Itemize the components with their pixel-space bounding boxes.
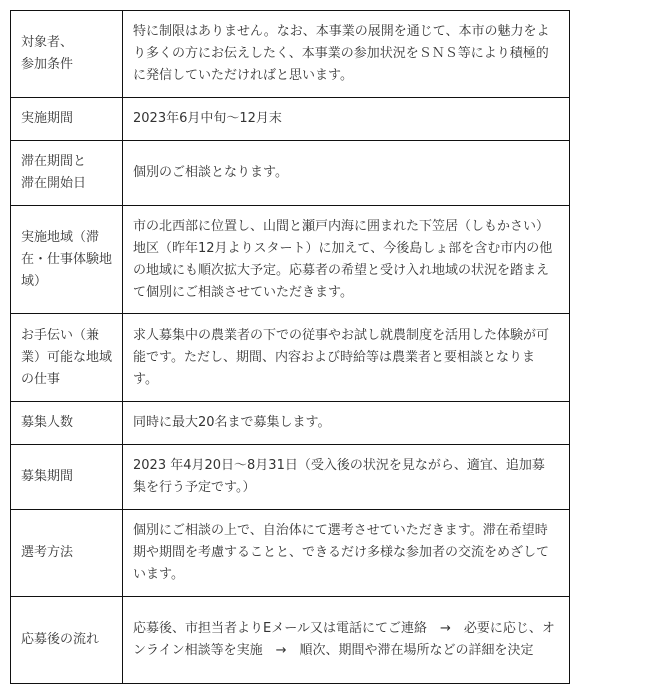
area-value: 市の北西部に位置し、山間と瀬戸内海に囲まれた下笠居（しもかさい）地区（昨年12月… bbox=[133, 216, 557, 304]
row-label: 対象者、 参加条件 bbox=[11, 11, 123, 98]
row-value: 2023年6月中旬～12月末 bbox=[123, 98, 570, 141]
period-value: 2023年6月中旬～12月末 bbox=[133, 108, 557, 130]
eligibility-label: 対象者、 参加条件 bbox=[21, 32, 114, 76]
row-value: 個別にご相談の上で、自治体にて選考させていただきます。滞在希望時期や期間を考慮す… bbox=[123, 510, 570, 597]
table-row-capacity: 募集人数 同時に最大20名まで募集します。 bbox=[11, 402, 570, 445]
selection-value: 個別にご相談の上で、自治体にて選考させていただきます。滞在希望時期や期間を考慮す… bbox=[133, 520, 557, 586]
row-value: 個別のご相談となります。 bbox=[123, 141, 570, 206]
row-label: 選考方法 bbox=[11, 510, 123, 597]
stay-period-label: 滞在期間と 滞在開始日 bbox=[21, 151, 114, 195]
row-value: 市の北西部に位置し、山間と瀬戸内海に囲まれた下笠居（しもかさい）地区（昨年12月… bbox=[123, 206, 570, 314]
application-period-label: 募集期間 bbox=[21, 466, 114, 488]
row-value: 応募後、市担当者よりEメール又は電話にてご連絡 → 必要に応じ、オンライン相談等… bbox=[123, 597, 570, 684]
table-row-application-period: 募集期間 2023 年4月20日～8月31日（受入後の状況を見ながら、適宜、追加… bbox=[11, 445, 570, 510]
table-row-selection: 選考方法 個別にご相談の上で、自治体にて選考させていただきます。滞在希望時期や期… bbox=[11, 510, 570, 597]
application-period-value: 2023 年4月20日～8月31日（受入後の状況を見ながら、適宜、追加募集を行う… bbox=[133, 455, 557, 499]
row-label: 実施期間 bbox=[11, 98, 123, 141]
row-value: 同時に最大20名まで募集します。 bbox=[123, 402, 570, 445]
table-row-side-work: お手伝い（兼業）可能な地域の仕事 求人募集中の農業者の下での従事やお試し就農制度… bbox=[11, 314, 570, 402]
program-details-table: 対象者、 参加条件 特に制限はありません。なお、本事業の展開を通じて、本市の魅力… bbox=[10, 10, 570, 684]
row-label: お手伝い（兼業）可能な地域の仕事 bbox=[11, 314, 123, 402]
side-work-label: お手伝い（兼業）可能な地域の仕事 bbox=[21, 325, 114, 391]
row-label: 滞在期間と 滞在開始日 bbox=[11, 141, 123, 206]
eligibility-value: 特に制限はありません。なお、本事業の展開を通じて、本市の魅力をより多くの方にお伝… bbox=[133, 21, 557, 87]
row-value: 2023 年4月20日～8月31日（受入後の状況を見ながら、適宜、追加募集を行う… bbox=[123, 445, 570, 510]
capacity-value: 同時に最大20名まで募集します。 bbox=[133, 412, 557, 434]
table-row-process: 応募後の流れ 応募後、市担当者よりEメール又は電話にてご連絡 → 必要に応じ、オ… bbox=[11, 597, 570, 684]
row-label: 募集人数 bbox=[11, 402, 123, 445]
row-value: 特に制限はありません。なお、本事業の展開を通じて、本市の魅力をより多くの方にお伝… bbox=[123, 11, 570, 98]
row-label: 実施地域（滞在・仕事体験地域） bbox=[11, 206, 123, 314]
table-row-stay-period: 滞在期間と 滞在開始日 個別のご相談となります。 bbox=[11, 141, 570, 206]
row-value: 求人募集中の農業者の下での従事やお試し就農制度を活用した体験が可能です。ただし、… bbox=[123, 314, 570, 402]
stay-period-value: 個別のご相談となります。 bbox=[133, 162, 557, 184]
side-work-value: 求人募集中の農業者の下での従事やお試し就農制度を活用した体験が可能です。ただし、… bbox=[133, 325, 557, 391]
selection-label: 選考方法 bbox=[21, 542, 114, 564]
table-row-period: 実施期間 2023年6月中旬～12月末 bbox=[11, 98, 570, 141]
row-label: 応募後の流れ bbox=[11, 597, 123, 684]
capacity-label: 募集人数 bbox=[21, 412, 114, 434]
process-value: 応募後、市担当者よりEメール又は電話にてご連絡 → 必要に応じ、オンライン相談等… bbox=[133, 618, 557, 662]
row-label: 募集期間 bbox=[11, 445, 123, 510]
table-row-eligibility: 対象者、 参加条件 特に制限はありません。なお、本事業の展開を通じて、本市の魅力… bbox=[11, 11, 570, 98]
table-row-area: 実施地域（滞在・仕事体験地域） 市の北西部に位置し、山間と瀬戸内海に囲まれた下笠… bbox=[11, 206, 570, 314]
period-label: 実施期間 bbox=[21, 108, 114, 130]
area-label: 実施地域（滞在・仕事体験地域） bbox=[21, 227, 114, 293]
process-label: 応募後の流れ bbox=[21, 629, 114, 651]
